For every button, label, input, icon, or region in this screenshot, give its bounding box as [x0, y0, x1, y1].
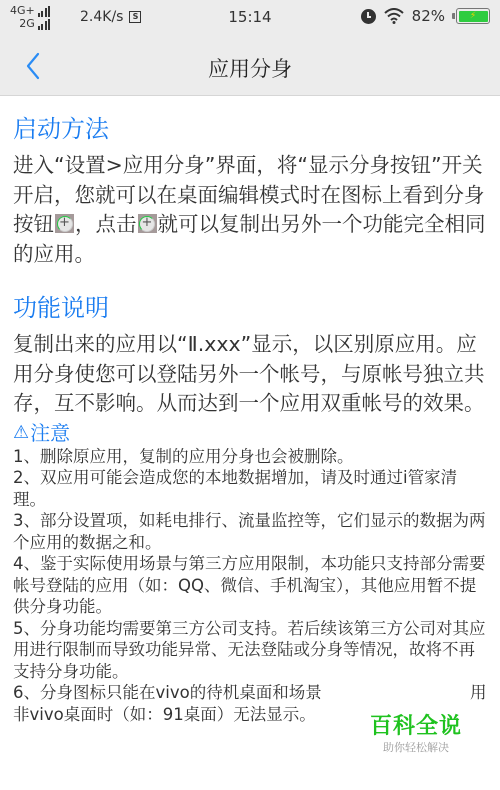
list-item: 5、分身功能均需要第三方公司支持。若后续该第三方公司对其应用进行限制而导致功能异… [13, 618, 487, 683]
warning-icon: ⚠ [13, 423, 29, 443]
watermark-title: 百科全说 [356, 714, 476, 740]
status-icons: 82% ⚡ [361, 7, 490, 25]
wifi-icon [384, 8, 404, 24]
paragraph-text: ，点击 [75, 212, 137, 236]
plus-clone-icon: + [55, 214, 74, 233]
section-title-launch-method: 启动方法 [13, 113, 487, 145]
section-title-feature-description: 功能说明 [13, 292, 487, 324]
list-item: 6、分身图标只能在vivo的待机桌面和场景 用 [13, 682, 487, 704]
launch-method-paragraph: 进入“设置>应用分身”界面，将“显示分身按钮”开关开启，您就可以在桌面编辑模式时… [13, 151, 487, 269]
list-item-text: 6、分身图标只能在vivo的待机桌面和场景 [13, 683, 322, 702]
list-item-text-tail: 用 [470, 682, 487, 704]
page-title: 应用分身 [0, 53, 500, 83]
notice-title: 注意 [30, 421, 70, 445]
battery-percent: 82% [412, 7, 445, 25]
watermark-logo: 百科全说 助你轻松解决 [356, 708, 476, 759]
list-item: 3、部分设置项，如耗电排行、流量监控等，它们显示的数据为两个应用的数据之和。 [13, 510, 487, 553]
watermark-subtitle: 助你轻松解决 [356, 741, 476, 755]
lightning-icon: ⚡ [459, 11, 488, 22]
navigation-bar: 应用分身 [0, 36, 500, 96]
list-item: 2、双应用可能会造成您的本地数据增加，请及时通过i管家清理。 [13, 467, 487, 510]
help-content: 启动方法 进入“设置>应用分身”界面，将“显示分身按钮”开关开启，您就可以在桌面… [0, 97, 500, 725]
battery-charging-icon: ⚡ [456, 8, 490, 24]
feature-description-paragraph: 复制出来的应用以“Ⅱ.xxx”显示，以区别原应用。应用分身使您可以登陆另外一个帐… [13, 330, 487, 419]
alarm-icon [361, 9, 376, 24]
notice-list: 1、删除原应用，复制的应用分身也会被删除。 2、双应用可能会造成您的本地数据增加… [13, 446, 487, 726]
notice-heading: ⚠ 注意 [13, 421, 487, 445]
status-bar: 4G+ 2G 2.4K/s S 15:14 82% ⚡ [0, 0, 500, 36]
list-item: 4、鉴于实际使用场景与第三方应用限制，本功能只支持部分需要帐号登陆的应用（如：Q… [13, 553, 487, 618]
plus-clone-icon: + [138, 214, 157, 233]
list-item: 1、删除原应用，复制的应用分身也会被删除。 [13, 446, 487, 468]
